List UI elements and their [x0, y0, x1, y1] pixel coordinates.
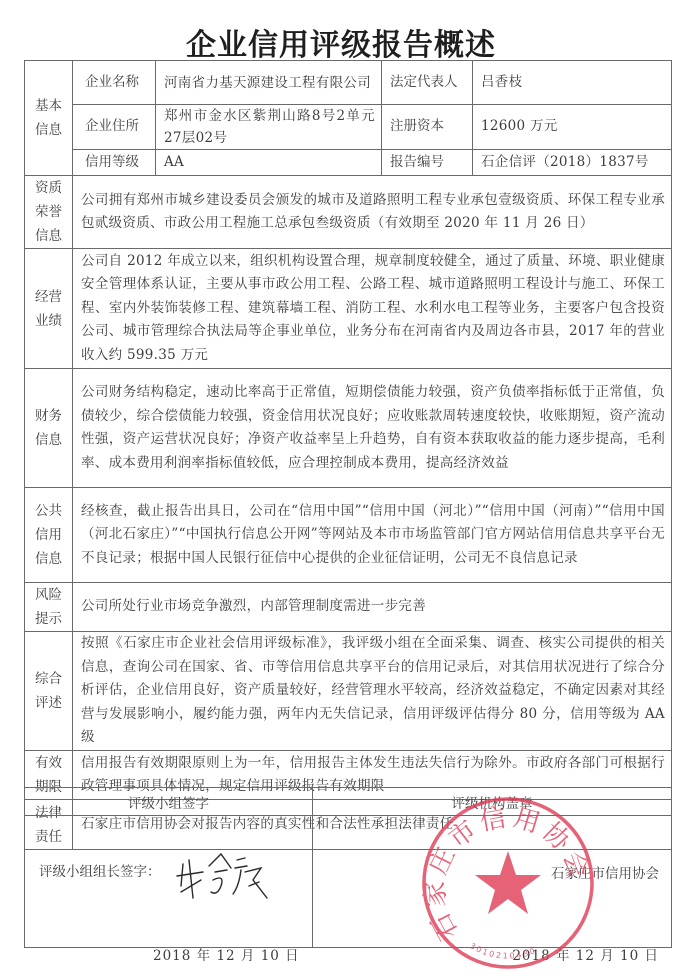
field-label-registered-capital: 注册资本	[382, 105, 473, 150]
label-line: 资质	[27, 176, 70, 200]
basic-row-address: 企业住所 郑州市金水区紫荆山路8号2单元27层02号 注册资本 12600 万元	[25, 105, 672, 150]
label-line: 信息	[27, 224, 70, 248]
label-line: 经营	[27, 285, 70, 309]
section-row-qualifications: 资质 荣誉 信息 公司拥有郑州市城乡建设委员会颁发的城市及道路照明工程专业承包壹…	[25, 176, 672, 249]
section-row-financial-info: 财务 信息 公司财务结构稳定，速动比率高于正常值，短期偿债能力较强，资产负债率指…	[25, 369, 672, 488]
basic-row-company-name: 基本 信息 企业名称 河南省力基天源建设工程有限公司 法定代表人 吕香枝	[25, 61, 672, 105]
credit-report-page: 企业信用评级报告概述 基本 信息 企业名称 河南省力基天源建设工程有限公司 法定…	[0, 0, 682, 978]
address-value: 郑州市金水区紫荆山路8号2单元27层02号	[156, 105, 382, 150]
rating-org-seal-cell: 石家庄市信用协会 2018 年 12 月 10 日	[313, 816, 672, 948]
label-line: 财务	[27, 404, 70, 428]
rating-team-signature-cell: 评级小组组长签字： 2018 年 12 月 10 日	[25, 816, 313, 948]
comprehensive-review-content: 按照《石家庄市企业社会信用评级标准》，我评级小组在全面采集、调查、核实公司提供的…	[73, 632, 672, 751]
label-line: 评述	[27, 691, 70, 715]
field-label-credit-rating: 信用等级	[73, 150, 156, 176]
qualifications-content: 公司拥有郑州市城乡建设委员会颁发的城市及道路照明工程专业承包壹级资质、环保工程专…	[73, 176, 672, 249]
rating-org-seal-header: 评级机构盖章	[313, 788, 672, 816]
field-label-report-number: 报告编号	[382, 150, 473, 176]
credit-rating-value: AA	[156, 150, 382, 176]
legal-rep-value: 吕香枝	[473, 61, 672, 105]
section-label-basic-info: 基本 信息	[25, 61, 73, 176]
rating-team-sign-date: 2018 年 12 月 10 日	[153, 944, 300, 964]
label-line: 提示	[27, 607, 70, 631]
section-row-public-credit: 公共 信用 信息 经核查，截止报告出具日，公司在“信用中国”“信用中国（河北）”…	[25, 488, 672, 583]
label-line: 综合	[27, 667, 70, 691]
public-credit-content: 经核查，截止报告出具日，公司在“信用中国”“信用中国（河北）”“信用中国（河南）…	[73, 488, 672, 583]
section-label-qualifications: 资质 荣誉 信息	[25, 176, 73, 249]
section-row-comprehensive-review: 综合 评述 按照《石家庄市企业社会信用评级标准》，我评级小组在全面采集、调查、核…	[25, 632, 672, 751]
page-title: 企业信用评级报告概述	[0, 20, 682, 64]
section-label-comprehensive-review: 综合 评述	[25, 632, 73, 751]
business-performance-content: 公司自 2012 年成立以来，组织机构设置合理，规章制度较健全，通过了质量、环境…	[73, 249, 672, 369]
label-line: 荣誉	[27, 200, 70, 224]
label-line: 有效	[27, 751, 70, 775]
section-label-risk-warning: 风险 提示	[25, 583, 73, 632]
label-line: 基本	[27, 94, 70, 118]
section-row-business-performance: 经营 业绩 公司自 2012 年成立以来，组织机构设置合理，规章制度较健全，通过…	[25, 249, 672, 369]
section-row-risk-warning: 风险 提示 公司所处行业市场竞争激烈，内部管理制度需进一步完善	[25, 583, 672, 632]
basic-row-rating: 信用等级 AA 报告编号 石企信评（2018）1837号	[25, 150, 672, 176]
report-number-value: 石企信评（2018）1837号	[473, 150, 672, 176]
section-label-business-performance: 经营 业绩	[25, 249, 73, 369]
rating-org-seal-date: 2018 年 12 月 10 日	[512, 944, 659, 964]
label-line: 信息	[27, 118, 70, 142]
risk-warning-content: 公司所处行业市场竞争激烈，内部管理制度需进一步完善	[73, 583, 672, 632]
field-label-address: 企业住所	[73, 105, 156, 150]
company-name-value: 河南省力基天源建设工程有限公司	[156, 61, 382, 105]
report-table: 基本 信息 企业名称 河南省力基天源建设工程有限公司 法定代表人 吕香枝 企业住…	[24, 60, 672, 850]
handwritten-signature-icon	[175, 846, 275, 906]
team-leader-signature-label: 评级小组组长签字：	[39, 860, 161, 880]
label-line: 公共	[27, 499, 70, 523]
label-line: 信息	[27, 428, 70, 452]
section-label-financial-info: 财务 信息	[25, 369, 73, 488]
field-label-legal-rep: 法定代表人	[382, 61, 473, 105]
financial-info-content: 公司财务结构稳定，速动比率高于正常值，短期偿债能力较强，资产负债率指标低于正常值…	[73, 369, 672, 488]
section-label-public-credit: 公共 信用 信息	[25, 488, 73, 583]
registered-capital-value: 12600 万元	[473, 105, 672, 150]
label-line: 信息	[27, 547, 70, 571]
rating-team-signature-header: 评级小组签字	[25, 788, 313, 816]
field-label-company-name: 企业名称	[73, 61, 156, 105]
label-line: 业绩	[27, 309, 70, 333]
label-line: 风险	[27, 583, 70, 607]
signature-table: 评级小组签字 评级机构盖章 评级小组组长签字： 2018 年 12 月 10 日…	[24, 787, 672, 948]
rating-org-name: 石家庄市信用协会	[551, 862, 659, 882]
label-line: 信用	[27, 523, 70, 547]
